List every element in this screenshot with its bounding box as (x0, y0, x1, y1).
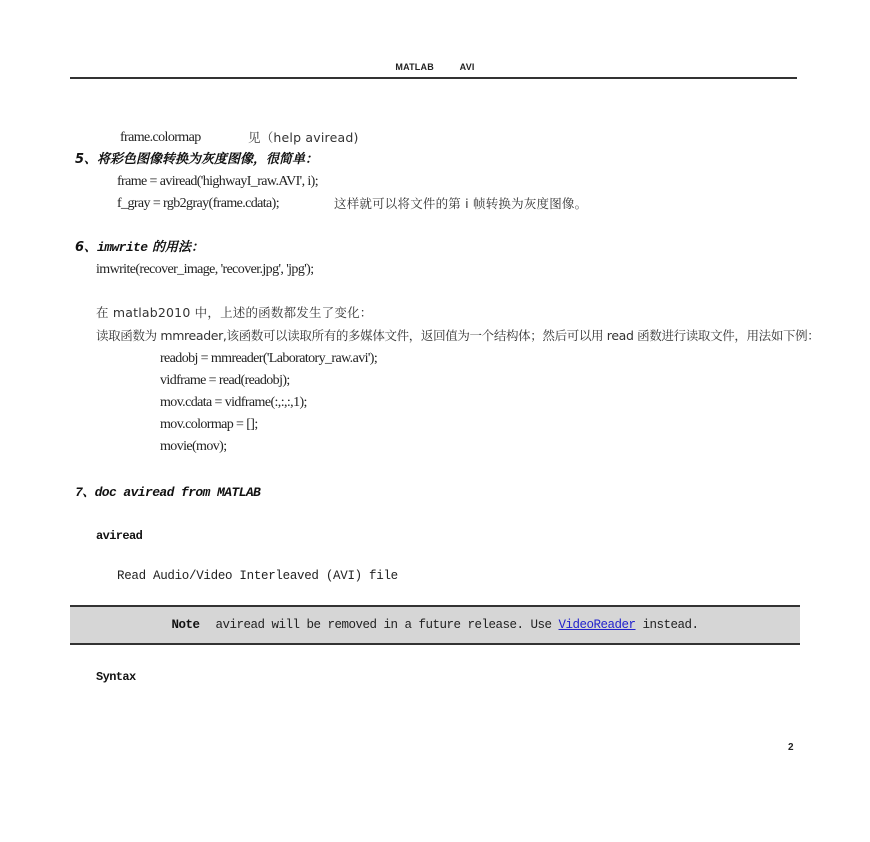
section6-number: 6、 (75, 240, 97, 255)
section6-heading: 6、imwrite 的用法： (75, 239, 204, 257)
imwrite-code: imwrite(recover_image, 'recover.jpg', 'j… (96, 261, 314, 279)
page-number: 2 (788, 742, 794, 753)
note-label: Note (171, 618, 199, 632)
mmreader-description: 读取函数为 mmreader,该函数可以读取所有的多媒体文件，返回值为一个结构体… (96, 327, 819, 345)
code-line: mov.colormap = []; (160, 416, 258, 434)
gray-comment: 这样就可以将文件的第 i 帧转换为灰度图像。 (334, 195, 587, 213)
function-description: Read Audio/Video Interleaved (AVI) file (117, 567, 398, 585)
section6-rest: 的用法： (147, 240, 204, 255)
code-line: movie(mov); (160, 438, 227, 456)
colormap-note: 见（help aviread) (248, 129, 359, 147)
matlab2010-note: 在 matlab2010 中，上述的函数都发生了变化： (96, 304, 372, 322)
section6-function: imwrite (97, 240, 147, 255)
code-line: mov.cdata = vidframe(:,:,:,1); (160, 394, 307, 412)
note-text-after: instead. (636, 618, 699, 632)
code-line: readobj = mmreader('Laboratory_raw.avi')… (160, 350, 377, 368)
videoreader-link[interactable]: VideoReader (559, 618, 636, 632)
header-rule (70, 77, 797, 79)
section5-heading: 5、将彩色图像转换为灰度图像，很简单： (75, 151, 318, 169)
note-text: aviread will be removed in a future rele… (215, 618, 558, 632)
page-header-title: MATLAB AVI (0, 62, 870, 72)
colormap-code: frame.colormap (120, 129, 201, 147)
note-content: Noteaviread will be removed in a future … (70, 618, 800, 632)
frame-read-code: frame = aviread('highwayI_raw.AVI', i); (117, 173, 318, 191)
gray-code: f_gray = rgb2gray(frame.cdata); (117, 195, 279, 213)
function-name: aviread (96, 527, 142, 545)
section7-heading: 7、doc aviread from MATLAB (75, 484, 260, 502)
syntax-heading: Syntax (96, 668, 136, 686)
deprecation-note-box: Noteaviread will be removed in a future … (70, 605, 800, 645)
code-line: vidframe = read(readobj); (160, 372, 290, 390)
